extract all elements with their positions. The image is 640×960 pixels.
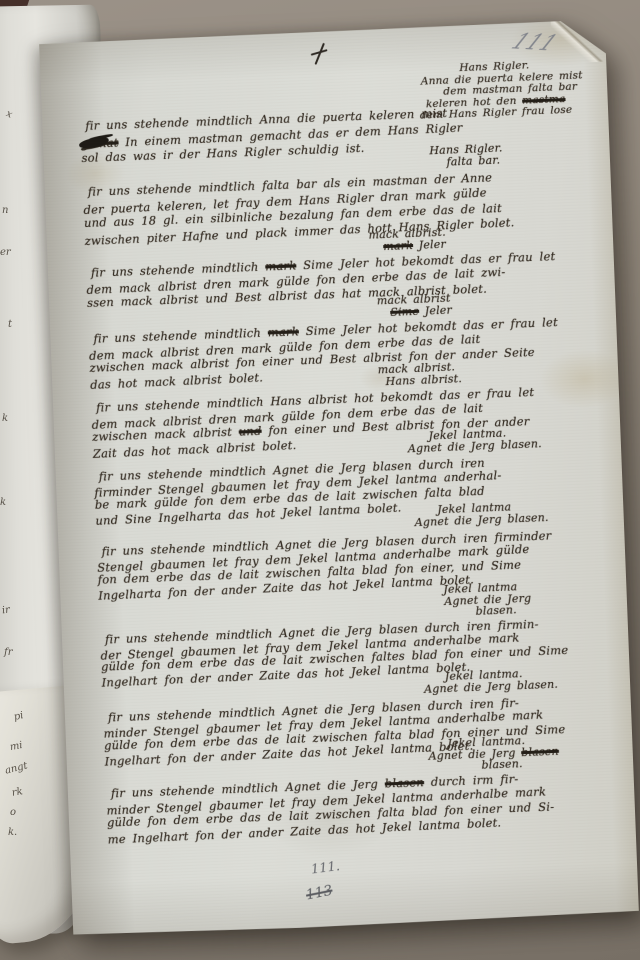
margin-fragment: ir [1,605,10,616]
struck-word: mark [268,324,300,339]
margin-fragment: rk [11,787,23,799]
struck-word: blasen [521,744,559,758]
struck-word: mark [265,258,297,273]
struck-word: Sime [390,304,419,318]
struck-word: und [239,424,262,439]
margin-fragment: pi [13,711,24,723]
margin-fragment: fr [4,648,12,658]
collation-cross-icon [307,42,332,67]
entry-heading: Jekel lantma.Agnet die Jerg blasenblasen… [381,733,592,776]
margin-fragment: n [2,206,8,216]
margin-fragment: k [2,414,8,424]
manuscript-page: 111 Hans Rigler.Anna die puerta kelere m… [39,19,639,936]
folio-number-bottom-struck: 113 [305,883,334,904]
struck-word: blasen [385,775,425,790]
entry-heading: Jekel lantmaAgnet die Jergblasen. [375,579,586,622]
margin-fragment: o [10,808,16,818]
manuscript-paper: 111 Hans Rigler.Anna die puerta kelere m… [39,19,639,936]
entry-text: fir uns stehende mindtlich Agnet die Jer… [111,767,633,845]
folio-number-pencil: 111 [507,29,563,56]
margin-fragment: t [8,320,12,330]
margin-fragment: k. [8,828,17,838]
folio-number-bottom: 111. [310,859,341,878]
margin-fragment: er [0,248,11,258]
photo-scene: x n er t k k ir fr pi mi angt rk o k. 11… [0,0,640,960]
margin-fragment: k [0,498,6,508]
struck-word: mark [383,238,413,252]
